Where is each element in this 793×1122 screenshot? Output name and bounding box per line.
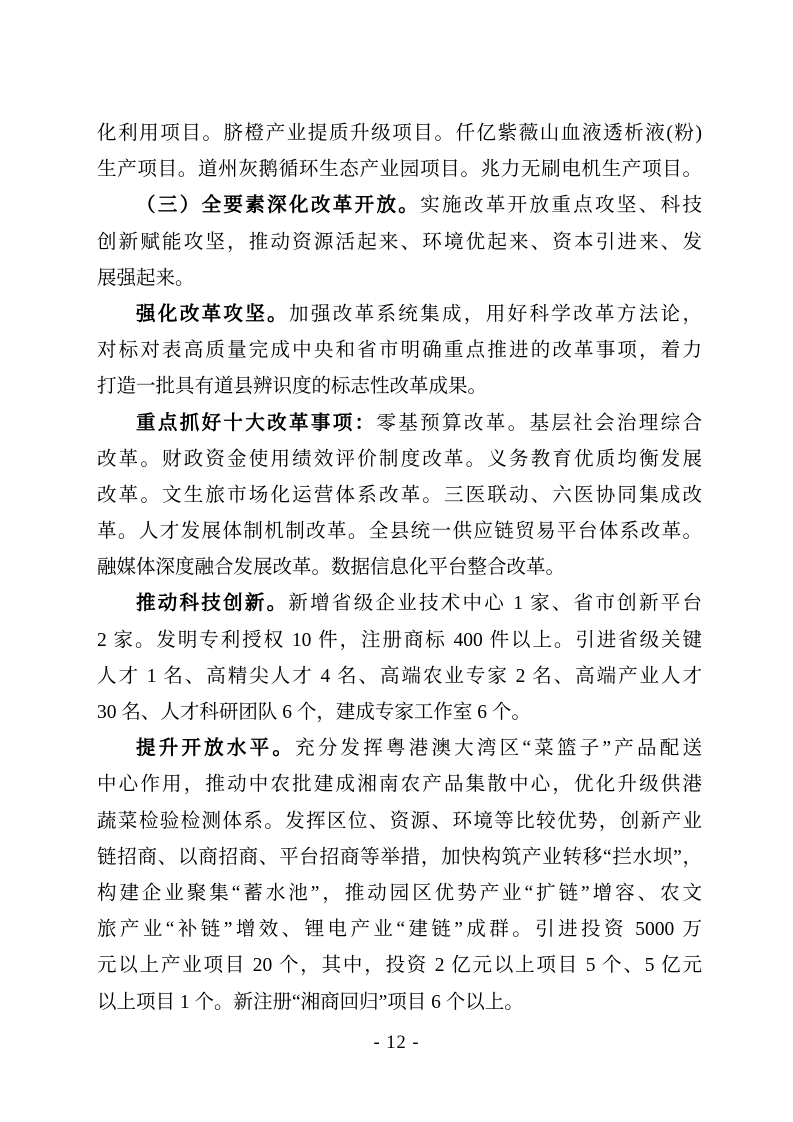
document-page: 化利用项目。脐橙产业提质升级项目。仟亿紫薇山血液透析液(粉)生产项目。道州灰鹅循… (0, 0, 793, 1122)
para-opening-up: 提升开放水平。充分发挥粤港澳大湾区“菜篮子”产品配送中心作用，推动中农批建成湘南… (97, 731, 702, 1021)
body-text: 改革。财政资金使用绩效评价制度改革。义务教育优质均衡发展 (97, 449, 702, 470)
body-text: 改革。文生旅市场化运营体系改革。三医联动、六医协同集成改 (97, 485, 702, 506)
body-text: 链招商、以商招商、平台招商等举措，加快构筑产业转移“拦水坝”， (97, 847, 702, 868)
text-line: 人才 1 名、高精尖人才 4 名、高端农业专家 2 名、高端产业人才 (97, 659, 702, 695)
body-text: 加强改革系统集成，用好科学改革方法论， (289, 304, 702, 325)
body-text: 生产项目。道州灰鹅循环生态产业园项目。兆力无刷电机生产项目。 (97, 159, 702, 180)
body-text: 充分发挥粤港澳大湾区“菜篮子”产品配送 (295, 738, 702, 759)
text-line: 中心作用，推动中农批建成湘南农产品集散中心，优化升级供港 (97, 767, 702, 803)
bold-lead-text: （三）全要素深化改革开放。 (136, 195, 420, 216)
text-line: 强化改革攻坚。加强改革系统集成，用好科学改革方法论， (97, 297, 702, 333)
body-text: 实施改革开放重点攻坚、科技 (420, 195, 702, 216)
page-number: - 12 - (0, 1031, 793, 1055)
text-line: 生产项目。道州灰鹅循环生态产业园项目。兆力无刷电机生产项目。 (97, 152, 702, 188)
body-text: 构建企业聚集“蓄水池”，推动园区优势产业“扩链”增容、农文 (97, 883, 702, 904)
para-ten-reforms: 重点抓好十大改革事项：零基预算改革。基层社会治理综合改革。财政资金使用绩效评价制… (97, 406, 702, 587)
bold-lead-text: 重点抓好十大改革事项： (136, 413, 376, 434)
text-line: 革。人才发展体制机制改革。全县统一供应链贸易平台体系改革。 (97, 514, 702, 550)
body-text: 人才 1 名、高精尖人才 4 名、高端农业专家 2 名、高端产业人才 (97, 666, 702, 687)
body-text: 创新赋能攻坚，推动资源活起来、环境优起来、资本引进来、发 (97, 232, 702, 253)
text-line: 创新赋能攻坚，推动资源活起来、环境优起来、资本引进来、发 (97, 225, 702, 261)
text-line: （三）全要素深化改革开放。实施改革开放重点攻坚、科技 (97, 188, 702, 224)
text-line: 旅产业“补链”增效、锂电产业“建链”成群。引进投资 5000 万 (97, 912, 702, 948)
text-line: 元以上产业项目 20 个，其中，投资 2 亿元以上项目 5 个、5 亿元 (97, 948, 702, 984)
text-line: 提升开放水平。充分发挥粤港澳大湾区“菜篮子”产品配送 (97, 731, 702, 767)
text-line: 重点抓好十大改革事项：零基预算改革。基层社会治理综合 (97, 406, 702, 442)
body-text: 以上项目 1 个。新注册“湘商回归”项目 6 个以上。 (97, 992, 524, 1013)
text-line: 展强起来。 (97, 261, 702, 297)
text-line: 化利用项目。脐橙产业提质升级项目。仟亿紫薇山血液透析液(粉) (97, 116, 702, 152)
para-tech-innovation: 推动科技创新。新增省级企业技术中心 1 家、省市创新平台2 家。发明专利授权 1… (97, 586, 702, 731)
text-line: 30 名、人才科研团队 6 个，建成专家工作室 6 个。 (97, 695, 702, 731)
para-reform-tackling: 强化改革攻坚。加强改革系统集成，用好科学改革方法论，对标对表高质量完成中央和省市… (97, 297, 702, 406)
text-line: 推动科技创新。新增省级企业技术中心 1 家、省市创新平台 (97, 586, 702, 622)
text-block: 化利用项目。脐橙产业提质升级项目。仟亿紫薇山血液透析液(粉)生产项目。道州灰鹅循… (97, 116, 702, 1021)
text-line: 融媒体深度融合发展改革。数据信息化平台整合改革。 (97, 550, 702, 586)
text-line: 构建企业聚集“蓄水池”，推动园区优势产业“扩链”增容、农文 (97, 876, 702, 912)
text-line: 链招商、以商招商、平台招商等举措，加快构筑产业转移“拦水坝”， (97, 840, 702, 876)
body-text: 革。人才发展体制机制改革。全县统一供应链贸易平台体系改革。 (97, 521, 702, 542)
body-text: 零基预算改革。基层社会治理综合 (376, 413, 702, 434)
body-text: 旅产业“补链”增效、锂电产业“建链”成群。引进投资 5000 万 (97, 919, 702, 940)
bold-lead-text: 提升开放水平。 (136, 738, 295, 759)
body-text: 30 名、人才科研团队 6 个，建成专家工作室 6 个。 (97, 702, 531, 723)
text-line: 2 家。发明专利授权 10 件，注册商标 400 件以上。引进省级关键 (97, 623, 702, 659)
bold-lead-text: 推动科技创新。 (136, 593, 288, 614)
body-text: 化利用项目。脐橙产业提质升级项目。仟亿紫薇山血液透析液(粉) (97, 123, 702, 144)
body-text: 2 家。发明专利授权 10 件，注册商标 400 件以上。引进省级关键 (97, 630, 702, 651)
body-text: 中心作用，推动中农批建成湘南农产品集散中心，优化升级供港 (97, 774, 702, 795)
text-line: 以上项目 1 个。新注册“湘商回归”项目 6 个以上。 (97, 985, 702, 1021)
body-text: 展强起来。 (97, 268, 195, 289)
bold-lead-text: 强化改革攻坚。 (136, 304, 289, 325)
text-line: 对标对表高质量完成中央和省市明确重点推进的改革事项，着力 (97, 333, 702, 369)
para-continued-projects: 化利用项目。脐橙产业提质升级项目。仟亿紫薇山血液透析液(粉)生产项目。道州灰鹅循… (97, 116, 702, 188)
text-line: 改革。文生旅市场化运营体系改革。三医联动、六医协同集成改 (97, 478, 702, 514)
body-text: 融媒体深度融合发展改革。数据信息化平台整合改革。 (97, 557, 565, 578)
body-text: 元以上产业项目 20 个，其中，投资 2 亿元以上项目 5 个、5 亿元 (97, 955, 702, 976)
body-text: 新增省级企业技术中心 1 家、省市创新平台 (288, 593, 702, 614)
body-text: 打造一批具有道县辨识度的标志性改革成果。 (97, 376, 487, 397)
para-section-three: （三）全要素深化改革开放。实施改革开放重点攻坚、科技创新赋能攻坚，推动资源活起来… (97, 188, 702, 297)
body-text: 蔬菜检验检测体系。发挥区位、资源、环境等比较优势，创新产业 (97, 811, 702, 832)
text-line: 打造一批具有道县辨识度的标志性改革成果。 (97, 369, 702, 405)
text-line: 蔬菜检验检测体系。发挥区位、资源、环境等比较优势，创新产业 (97, 804, 702, 840)
body-text: 对标对表高质量完成中央和省市明确重点推进的改革事项，着力 (97, 340, 702, 361)
text-line: 改革。财政资金使用绩效评价制度改革。义务教育优质均衡发展 (97, 442, 702, 478)
